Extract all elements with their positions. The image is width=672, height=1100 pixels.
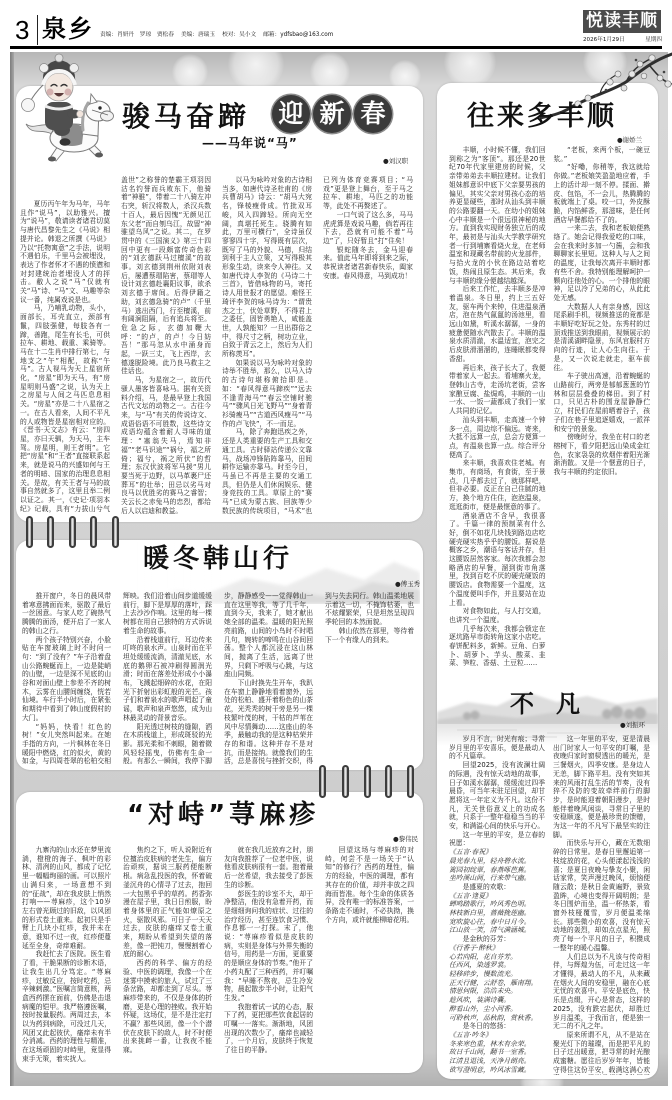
paragraph: 人们总以为不凡该与传奇相伴，与辉煌为伍，可走过这一年才懂得，最动人的不凡，从来藏… [553, 953, 650, 1031]
paragraph: 回望2025，没有波澜壮阔的际遇，没有惊天动地的故事，日子如溪水潺潺，缓缓流过四… [449, 761, 545, 831]
article-title: 不凡 [510, 692, 602, 716]
paragraph: 来丰顺，我喜欢住老城。有集市，有商场，有食街，至于景点，几乎都去过了，就那样吧，… [449, 459, 546, 511]
poem-line: 情思何限，浩浩未央。 [449, 987, 545, 996]
article-title: 往来多丰顺 [467, 103, 617, 130]
article-author: ●黎伟民 [393, 835, 418, 843]
paragraph: 我赶忙去了医院。医生看了看，干脆果断的诊断木语，让我生出几分笃定。“荨麻疹，过敏… [22, 950, 111, 1063]
binder-ring [385, 765, 392, 798]
right-column-panel: 往来多丰顺 ●谢娇兰 丰顺，小时候不懂，我们回到称之为“客顶”。那还是20世纪7… [437, 83, 658, 1079]
paragraph: 汕头到丰顺，走高速一个钟多一点，周边综不偏远。寄来，大抵不远算一点，总会方便算一… [449, 416, 546, 460]
paragraph: 以马为咏吟对象的古诗相当多，如唐代诗圣杜甫的《房兵曹胡马》诗云：“胡马大宛名，锋… [222, 176, 312, 359]
paragraph: 丰顺，小时候不懂，我们回到称之为“客顶”。那还是20世纪70年代家里建房的时候，… [449, 146, 546, 285]
frame-left-edge [10, 52, 14, 1086]
masthead-divider [37, 15, 38, 45]
paragraph: 九寨沟的山水还在梦里流淌，橙橙的海子、枫叶的彩林、清冽的山风，都成了记忆里一幅幅… [22, 846, 111, 950]
article-author: ●刘振环 [620, 721, 645, 729]
poem-line: 任西风，染透罗裳。 [449, 961, 545, 970]
paragraph: 傍晚时分，我坐在村口的老榕树下，看夕阳把远山染成金红色，农家袅袅的炊烟伴着阳光渐… [554, 433, 651, 477]
binder-ring [342, 765, 349, 798]
title-circle-char: 春 [354, 95, 392, 133]
poem-title: 《五言·吟冬》 [449, 1031, 545, 1040]
paragraph: 两个孩子特别兴奋，小脸贴在车窗玻璃上时不时问一句：“到了没有？”车子沿着盘山公路… [22, 636, 111, 723]
paragraph: 韩山依然在那里，等待着下一个有缘人的到来。 [325, 627, 414, 644]
paragraph: 马，为星宿之一，故历代骚人墨客皆喜咏马。据有关资料介绍，马，是最早登上我国古代文… [121, 376, 211, 515]
title-circle-badges: 迎 新 春 [272, 95, 392, 133]
binder-ring [112, 516, 119, 548]
poem-line: 坐吟溪山间，行来带气幽。 [449, 874, 545, 883]
binder-ring [47, 516, 54, 548]
paragraph: 岁月不言，时光有痕；寻常岁月里的平安喜乐，便是最动人的不凡篇章。 [449, 735, 545, 761]
poem-line: 轻移碎步，慢数流光。 [449, 970, 545, 979]
credit-proofreader: 校对：吴小文 [222, 32, 256, 39]
weekday-text: 星期四 [645, 37, 662, 44]
date-text: 2026年1月29日 [583, 37, 625, 44]
column-brand-box: 悦读丰顺 [583, 10, 661, 33]
masthead-rule [10, 46, 662, 49]
poem-line: 江清且退浅，天净月朗亮。 [449, 1057, 545, 1066]
poem-line: 晨光春九里，轻舟碧水流。 [449, 857, 545, 866]
paragraph: 是冬日的悠扬： [449, 1022, 545, 1031]
paragraph: 回望这场与荨麻疹的对峙，何尝不是一场关于“认知”的修行？西药的理性，偏方的经验，… [325, 846, 414, 924]
poem-line: 欲写澄明意，吟风冰雪藏。 [449, 1066, 545, 1075]
paragraph: 酒泉酒店不含早，我很喜了。千篇一律的预制菜有什么好，倒不如花几块钱到路边店吃硬壳… [449, 512, 546, 608]
paragraph: 推开窗户，冬日的晨风带着寒意拂面而来，驱散了最后一丝困意。与家人吃了碗热气腾腾的… [22, 592, 111, 636]
paragraph: 银蛇随冬去，金马迎春来。值此马年即将到来之际，恭祝读者诸君新春快乐，阖家安康。春… [323, 246, 413, 281]
poem-line: 心若向阳，花自芬芳。 [449, 953, 545, 962]
poem-line: 故日千山间，翻书一室香。 [449, 1048, 545, 1057]
article-author: ●傅玉秀 [395, 580, 420, 588]
newspaper-page: 3 泉乡 责编：肖妍丹 罗琼 贾松春 美编：唐瑞玉 校对：吴小文 邮箱：ydfs… [0, 0, 672, 1100]
article-author: ●谢娇兰 [617, 136, 642, 144]
paragraph: 如果说以马为咏吟对象的诗举不胜举，那么，以马入诗的古诗句堪称俯拾即是。如：“春风… [222, 359, 312, 429]
paragraph: 这一年里的平安，更是清晨出门时家人一句平安的叮嘱，是夜晚归家时窗棂透出的暖光，是… [553, 735, 650, 839]
title-circle-char: 迎 [272, 95, 310, 133]
paragraph: 一口气说了这么多，马马虎虎算是戏说马趣，倘若再往下去，恐就有可能不着“马边”了，… [323, 211, 413, 246]
paragraph: 西药的科学、偏方的经验、中医的调理，我像一个在迷雾中摸索的旅人，试过了三条岔路，… [123, 959, 212, 1055]
poem-line: 趁风吹，装满诗囊。 [449, 996, 545, 1005]
paragraph: 大数据人人有亲身感，因这尾系刷手机，视频推送的竟都是丰顺好吃好玩之处。东秀村的过… [554, 303, 651, 373]
binder-ring [90, 516, 97, 548]
paragraph: 一来二去，我和老板娘便熟络了。她会记得我爱吃的口味，会在我来时多加一勺酱，会和我… [554, 224, 651, 302]
article-body: 丰顺，小时候不懂，我们回到称之为“客顶”。那还是20世纪70年代家里建房的时候，… [449, 146, 650, 669]
poem-line: 蝉鸣踏歌行，吟风秀色明。 [449, 900, 545, 909]
paragraph: 我抱着试一试的心态，服下了药，更把那些饮食起居的叮嘱一一落实。渐渐地，风团出现的… [224, 1003, 313, 1055]
poem-line: 宽吹旋心往，春中日月今。 [449, 918, 545, 927]
illustration-clearance [20, 176, 110, 200]
article-subtitle: ——马年说“马” [202, 137, 298, 149]
poem-title: 《五言·逢夏》 [449, 892, 545, 901]
issue-date: 2026年1月29日 星期四 [583, 37, 662, 44]
section-name: 泉乡 [42, 16, 94, 42]
paragraph: “老板，来两个板，一碗豆浆。” [554, 146, 651, 163]
paragraph: 焦灼之下，听人说附近有位擅治皮肤病的老先生，偏方治顽疾，据说三服药便能断根。病急… [123, 846, 212, 959]
poem-line: 篱园初绽翠，春燕啄芭蕉。 [449, 866, 545, 875]
binder-ring [69, 516, 76, 548]
paragraph: 就在我几近放弃之时，朋友向我推荐了一位老中医，说他看皮肤病很有一套。抱着最后一丝… [224, 846, 313, 890]
article-body-column-2: 这一年里的平安，更是清晨出门时家人一句平安的叮嘱，是夜晚归家时窗棂透出的暖光，是… [553, 735, 650, 1075]
page-number: 3 [15, 17, 29, 43]
article-title: 骏马奋蹄 [122, 103, 250, 131]
title-circle-char: 新 [313, 95, 351, 133]
poem-title: 《五言·春祝》 [449, 848, 545, 857]
article-body-column-1: 岁月不言，时光有痕；寻常岁月里的平安喜乐，便是最动人的不凡篇章。回望2025，没… [449, 735, 545, 1075]
article-body: 九寨沟的山水还在梦里流淌，橙橙的海子、枫叶的彩林、清冽的山风，都成了记忆里一幅幅… [22, 846, 414, 1072]
binder-ring [26, 516, 33, 548]
paragraph: 对食物如此，与人打交道，也讲究一个温度。 [449, 607, 546, 624]
poem-line: 可聆秋声，品秋韵，赏秋香。 [449, 1014, 545, 1023]
poem-line: 林枝新白里，蔷薇挽莲幽。 [449, 909, 545, 918]
paragraph: 后来工作忙，去丰顺多是冲着温泉。冬日里，约上三五好友，驱车两个来钟，住进温泉酒店… [449, 285, 546, 363]
paragraph: 这一年里的平安，是立春的祝愿： [449, 831, 545, 848]
binder-ring [407, 765, 414, 798]
poem-line: 正天行健，云舒卷，雁南翔。 [449, 979, 545, 988]
paragraph: 车子驶出高速，沿着蜿蜒的山路前行，两旁是郁郁葱葱的竹林和层层叠叠的梯田。到了村口… [554, 372, 651, 433]
paragraph: 沿着栈道前行，耳边传来叮咚的泉水声。山泉时而在平坦处缓缓流淌，清澈见底，水底的鹅… [123, 636, 212, 723]
credit-designer: 美编：唐瑞玉 [181, 32, 215, 39]
article-body: 夏历丙午年为马年，马年且作“说马”，以助雅兴。擅为“说马”，敬请读者诸君切莫与唐… [20, 176, 413, 520]
article-title: “对峙”荨麻疹 [127, 802, 319, 828]
credit-editor: 责编：肖妍丹 罗琼 贾松春 [100, 32, 174, 39]
article-urticaria: “对峙”荨麻疹 ●黎伟民 九寨沟的山水还在梦里流淌，橙橙的海子、枫叶的彩林、清冽… [16, 792, 423, 1073]
bokeh-light [172, 54, 208, 90]
article-horse: 骏马奋蹄 迎 新 春 ——马年说“马” ●刘汉职 夏历丙午年为马年，马年且作“说… [16, 86, 423, 522]
poem-line: 醉看山外，尘小河香。 [449, 1005, 545, 1014]
paragraph: 原来所谓不凡，从不是站在聚光灯下的璀璨，而是把平凡的日子过出暖意，把寻常的时光酿… [553, 1031, 650, 1075]
paragraph: 而快乐与开心，藏在无数细碎的日常里。是春日里邂逅第一枝绽放的花，心头便漾起浅浅的… [553, 839, 650, 952]
article-hanshan: 暖冬韩山行 ●傅玉秀 推开窗户，冬日的晨风带着寒意拂面而来，驱散了最后一丝困意。… [16, 540, 423, 770]
paragraph: 彭医生的诊室不大，却干净整洁，他没有急着开药，而是细细询问我的症状、过往的治疗经… [224, 890, 313, 1003]
poem-line: 冬来寒色重，林木有余荣。 [449, 1040, 545, 1049]
binder-ring [319, 765, 326, 798]
article-title: 暖冬韩山行 [143, 546, 293, 572]
paragraph: 几乎每次来，我都会锁定在逐坑路早市街转角这家小店吃。春饼配料多，新鲜。豆角、白萝… [449, 625, 546, 669]
paragraph: 是金秋的芬芳： [449, 935, 545, 944]
article-body: 推开窗户，冬日的晨风带着寒意拂面而来，驱散了最后一丝困意。与家人吃了碗热气腾腾的… [22, 592, 414, 767]
child-on-horse-illustration [20, 52, 120, 164]
poem-line: 江山放一笑，清气满涵城。 [449, 926, 545, 935]
credit-email: 邮箱：ydfsbao@163.com [263, 32, 333, 39]
paragraph: 再后来，孩子长大了，我便带着家人一起去。看埔寨火龙，登韩山古寺，走汤坑老街，尝客… [449, 364, 546, 416]
paragraph: 夏历丙午年为马年，马年且作“说马”，以助雅兴。擅为“说马”，敬请读者诸君切莫与唐… [20, 200, 110, 304]
paragraph: 是盛夏的欢歌： [449, 883, 545, 892]
paragraph: “好嘞，你稍等，我这就给你做。”老板娘笑盈盈地应着，手上的活计却一刻不停。揉面、… [554, 163, 651, 224]
article-author: ●刘汉职 [383, 157, 408, 165]
binder-ring [364, 765, 371, 798]
poem-title: 《行香子·醉秋》 [449, 944, 545, 953]
editorial-credits: 责编：肖妍丹 罗琼 贾松春 美编：唐瑞玉 校对：吴小文 邮箱：ydfsbao@1… [100, 32, 333, 39]
